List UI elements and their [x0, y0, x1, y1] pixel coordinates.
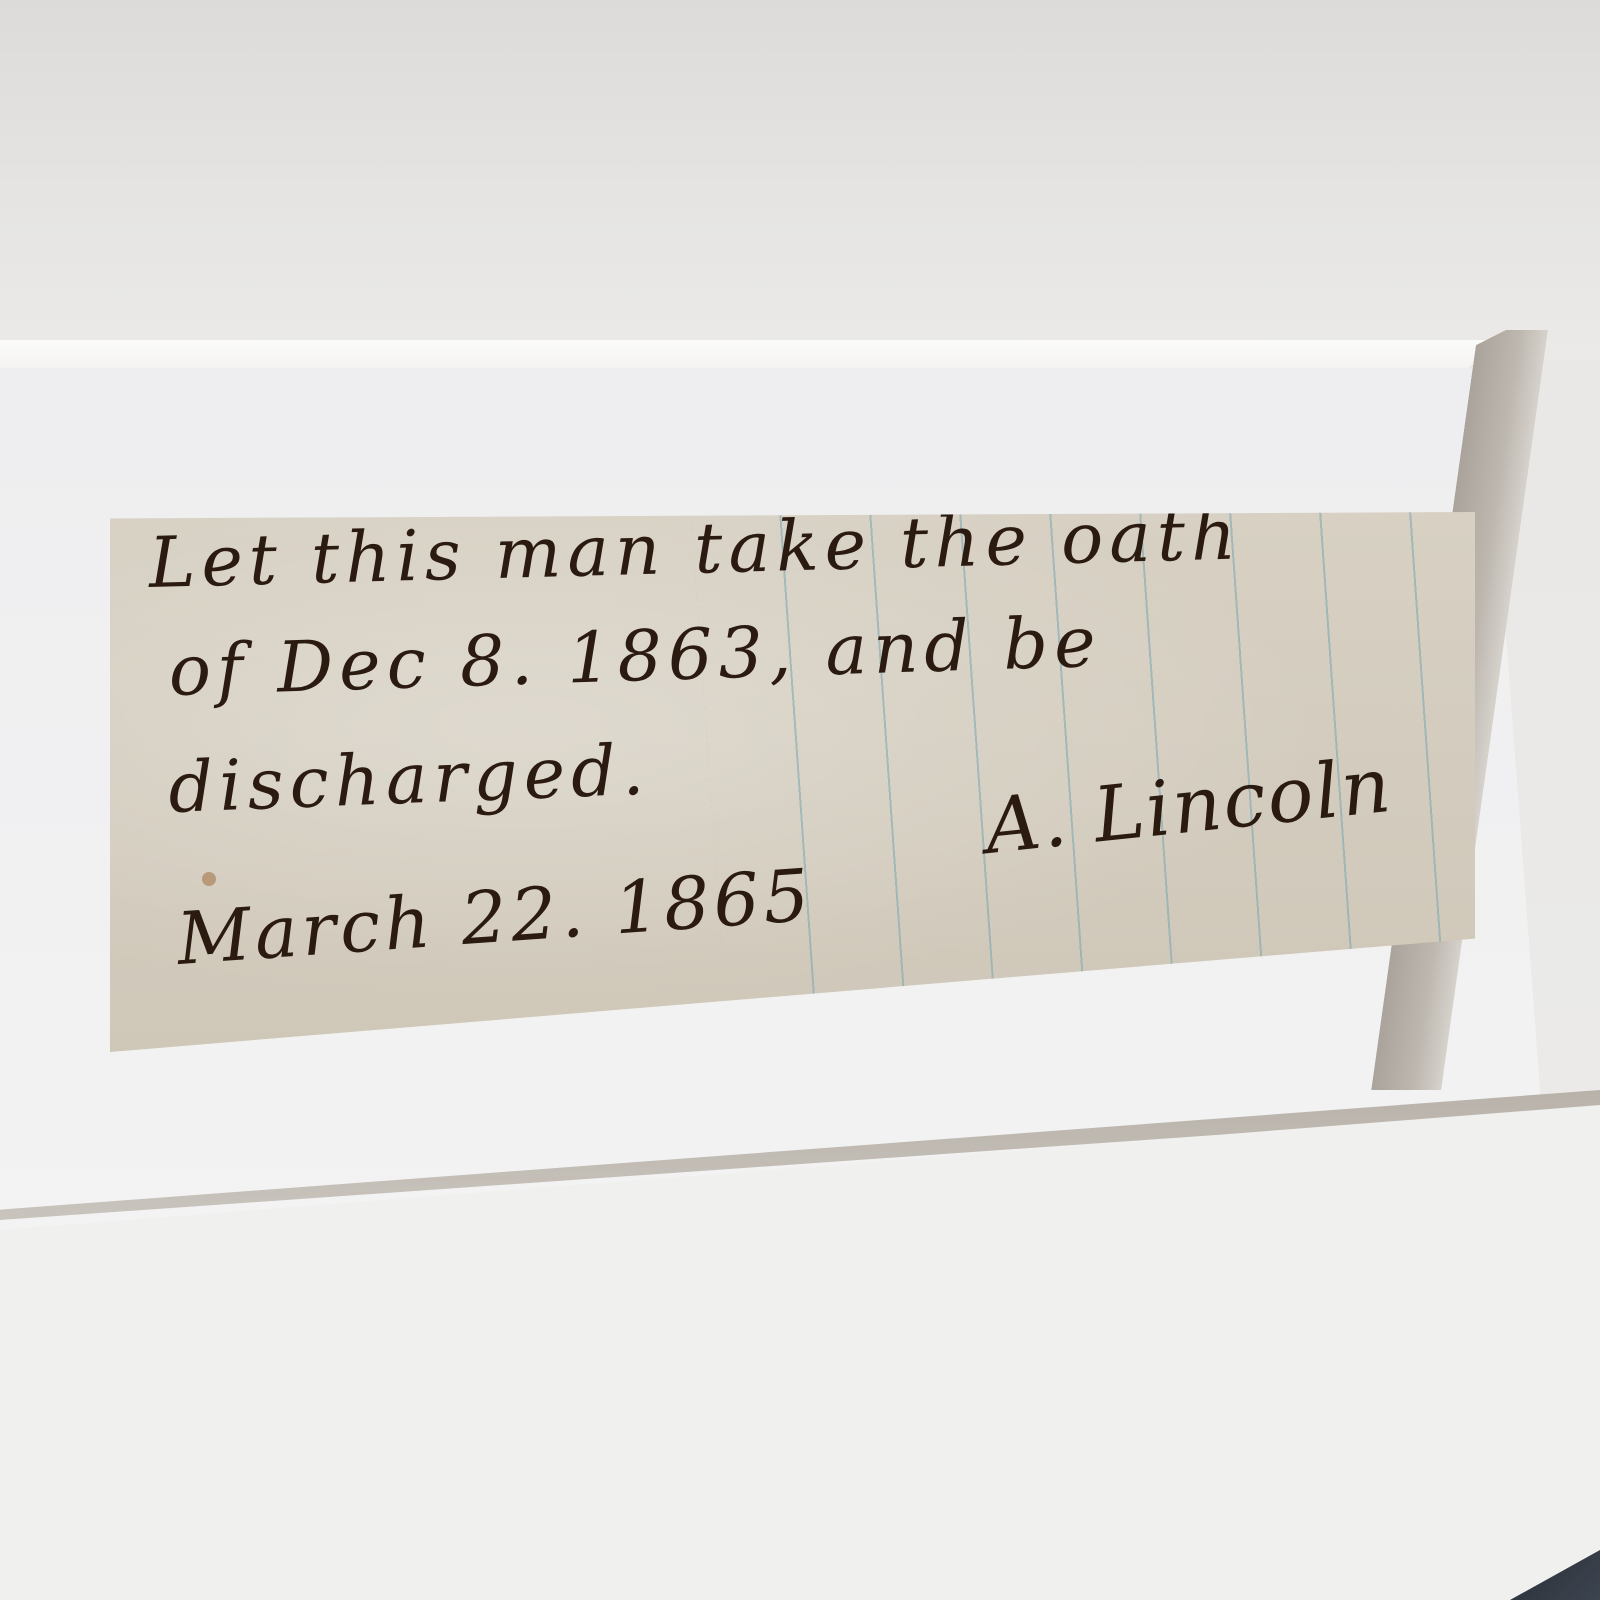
document-date: March 22. 1865 [174, 853, 816, 981]
ink-stain [202, 872, 216, 886]
document-line-3: discharged. [167, 729, 652, 829]
mat-bevel-top [0, 340, 1510, 370]
outer-mat [0, 0, 1600, 360]
